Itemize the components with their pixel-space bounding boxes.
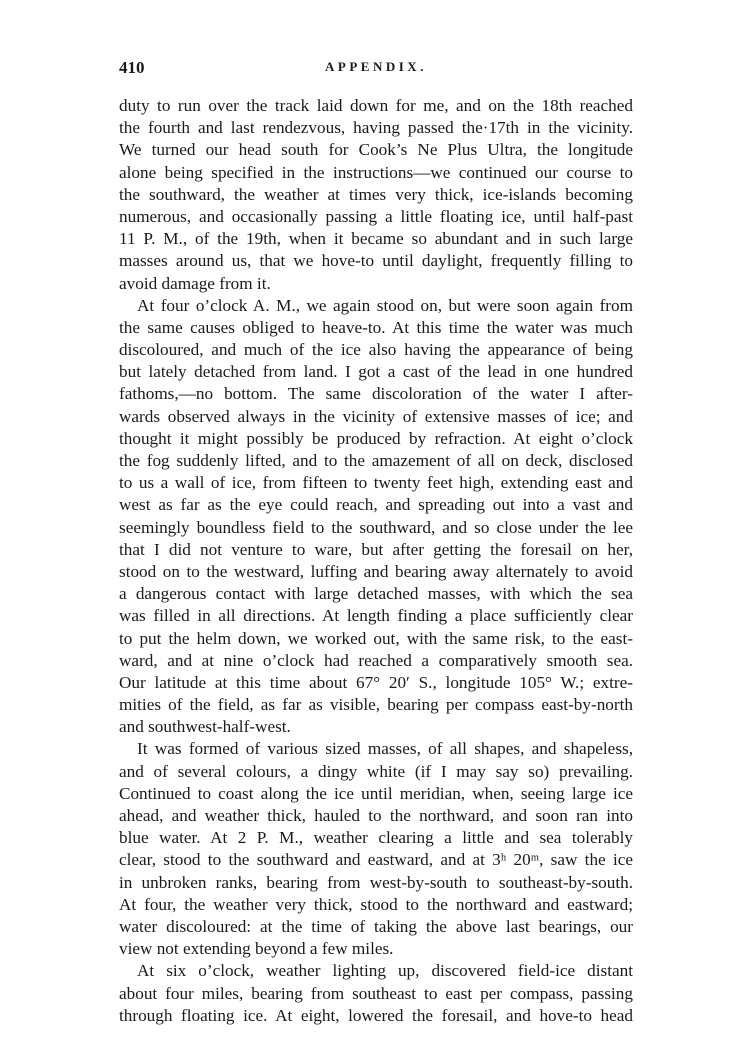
text-line: At four o’clock A. M., we again stood on…	[119, 295, 633, 317]
text-line: alone being specified in the instruction…	[119, 162, 633, 184]
text-line: avoid damage from it.	[119, 273, 633, 295]
text-line: Continued to coast along the ice until m…	[119, 783, 633, 805]
text-line: mities of the field, as far as visible, …	[119, 694, 633, 716]
text-line: wards observed always in the vicinity of…	[119, 406, 633, 428]
body-text: duty to run over the track laid down for…	[119, 95, 633, 1027]
text-line: discoloured, and much of the ice also ha…	[119, 339, 633, 361]
text-line: water discoloured: at the time of taking…	[119, 916, 633, 938]
paragraph: At four o’clock A. M., we again stood on…	[119, 295, 633, 739]
text-line: blue water. At 2 P. M., weather clearing…	[119, 827, 633, 849]
text-line: 11 P. M., of the 19th, when it became so…	[119, 228, 633, 250]
text-line: thought it might possibly be produced by…	[119, 428, 633, 450]
text-line: to put the helm down, we worked out, wit…	[119, 628, 633, 650]
text-line: It was formed of various sized masses, o…	[119, 738, 633, 760]
document-page: 410 APPENDIX. duty to run over the track…	[119, 58, 633, 1027]
paragraph: It was formed of various sized masses, o…	[119, 738, 633, 960]
text-line: that I did not venture to ware, but afte…	[119, 539, 633, 561]
page-header: 410 APPENDIX.	[119, 58, 633, 82]
text-line: the fourth and last rendezvous, having p…	[119, 117, 633, 139]
text-line: west as far as the eye could reach, and …	[119, 494, 633, 516]
text-line: in unbroken ranks, bearing from west-by-…	[119, 872, 633, 894]
text-line: about four miles, bearing from southeast…	[119, 983, 633, 1005]
paragraph: At six o’clock, weather lighting up, dis…	[119, 960, 633, 1027]
text-line: view not extending beyond a few miles.	[119, 938, 633, 960]
text-line: was filled in all directions. At length …	[119, 605, 633, 627]
text-line: the same causes obliged to heave-to. At …	[119, 317, 633, 339]
text-line: ahead, and weather thick, hauled to the …	[119, 805, 633, 827]
running-head: APPENDIX.	[119, 59, 633, 75]
text-line: At six o’clock, weather lighting up, dis…	[119, 960, 633, 982]
text-line: clear, stood to the southward and eastwa…	[119, 849, 633, 871]
text-line: and of several colours, a dingy white (i…	[119, 761, 633, 783]
text-line: and southwest-half-west.	[119, 716, 633, 738]
text-line: ward, and at nine o’clock had reached a …	[119, 650, 633, 672]
text-line: fathoms,—no bottom. The same discolorati…	[119, 383, 633, 405]
text-line: At four, the weather very thick, stood t…	[119, 894, 633, 916]
text-line: to us a wall of ice, from fifteen to twe…	[119, 472, 633, 494]
text-line: the southward, the weather at times very…	[119, 184, 633, 206]
text-line: but lately detached from land. I got a c…	[119, 361, 633, 383]
text-line: Our latitude at this time about 67° 20′ …	[119, 672, 633, 694]
text-line: seemingly boundless field to the southwa…	[119, 517, 633, 539]
text-line: stood on to the westward, luffing and be…	[119, 561, 633, 583]
paragraph: duty to run over the track laid down for…	[119, 95, 633, 295]
text-line: numerous, and occasionally passing a lit…	[119, 206, 633, 228]
text-line: a dangerous contact with large detached …	[119, 583, 633, 605]
text-line: We turned our head south for Cook’s Ne P…	[119, 139, 633, 161]
text-line: the fog suddenly lifted, and to the amaz…	[119, 450, 633, 472]
text-line: masses around us, that we hove-to until …	[119, 250, 633, 272]
text-line: duty to run over the track laid down for…	[119, 95, 633, 117]
text-line: through floating ice. At eight, lowered …	[119, 1005, 633, 1027]
